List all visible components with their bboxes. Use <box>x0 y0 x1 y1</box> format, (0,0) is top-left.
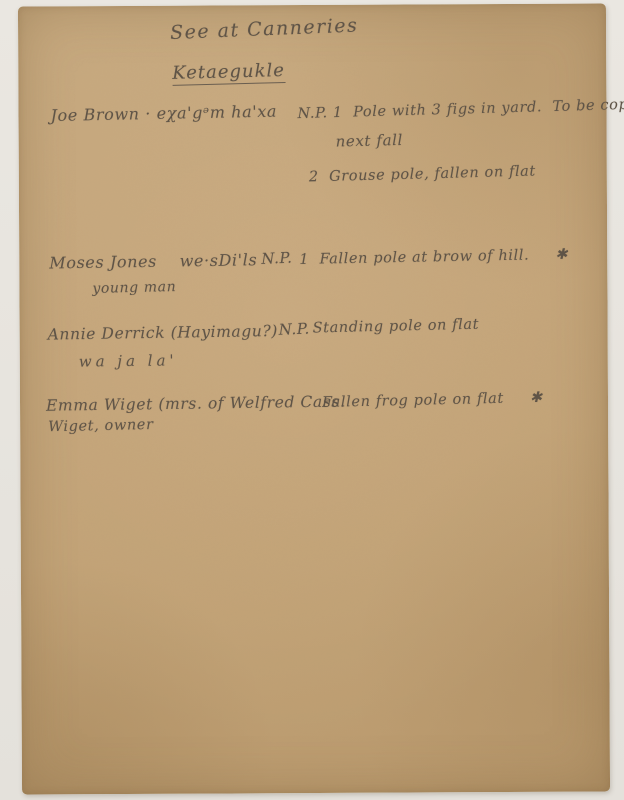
entry-note: 2 Grouse pole, fallen on flat <box>309 163 536 185</box>
entry-note: Standing pole on flat <box>312 317 479 337</box>
entry-np-label: N.P. <box>261 249 293 268</box>
entry-subname: wa ja la' <box>79 351 178 370</box>
entry-name: Moses Jones we·sDi'ls <box>49 250 257 272</box>
document-title: See at Canneries <box>170 14 359 44</box>
entry-note: N.P. 1 Pole with 3 figs in yard. To be c… <box>297 96 624 122</box>
entry-subname: Wiget, owner <box>48 417 154 435</box>
document-heading: Ketaegukle <box>172 60 285 86</box>
entry-name: Annie Derrick (Hayimagu?) <box>48 322 279 344</box>
entry-name: Joe Brown · eχa'gᵊm ha'xa <box>50 102 277 125</box>
scan-background: See at Canneries Ketaegukle Joe Brown · … <box>0 0 624 800</box>
document-page: See at Canneries Ketaegukle Joe Brown · … <box>18 3 610 794</box>
entry-note: Fallen frog pole on flat ✱ <box>322 390 543 411</box>
entry-name: Emma Wiget (mrs. of Welfred Cass. <box>46 393 346 415</box>
entry-np-label: N.P. <box>278 319 310 338</box>
entry-subname: young man <box>92 279 176 297</box>
entry-note-continued: next fall <box>335 131 403 151</box>
entry-note: 1 Fallen pole at brow of hill. ✱ <box>299 247 568 268</box>
